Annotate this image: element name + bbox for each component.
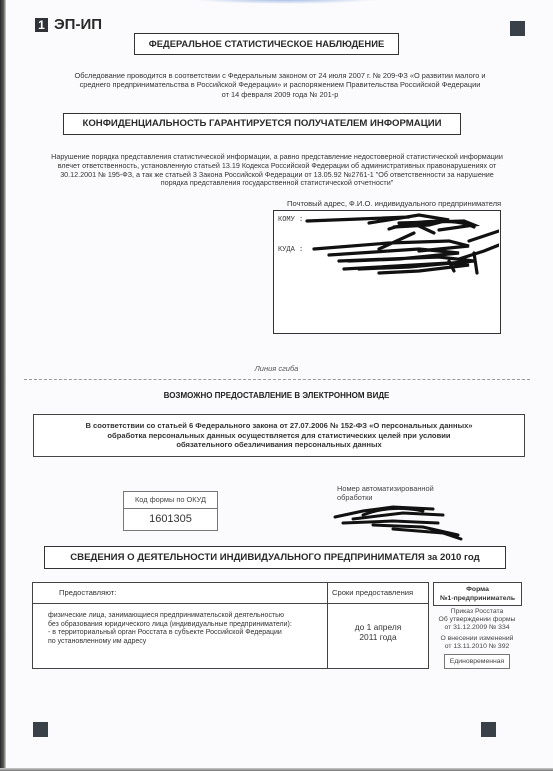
form-type-box: Форма №1-предприниматель (433, 582, 522, 606)
cell-line: физические лица, занимающиеся предприним… (48, 612, 292, 621)
document-title: ФЕДЕРАЛЬНОЕ СТАТИСТИЧЕСКОЕ НАБЛЮДЕНИЕ (134, 33, 399, 55)
redaction-scribble-icon (333, 503, 463, 543)
scan-edge-left (0, 0, 6, 771)
cell-line: до 1 апреля (328, 622, 428, 632)
order-line: Приказ Росстата (427, 608, 527, 616)
table-divider (33, 603, 428, 604)
form-code-header: 1 ЭП-ИП (35, 16, 102, 33)
legal-basis-text: Обследование проводится в соответствии с… (30, 71, 530, 99)
form-code: ЭП-ИП (54, 16, 102, 33)
label-line: Номер автоматизированной (337, 484, 434, 493)
okud-label: Код формы по ОКУД (124, 492, 217, 509)
legal-basis-line: от 14 февраля 2009 года № 201-р (30, 90, 530, 99)
redaction-scribble-icon (299, 211, 499, 281)
table-cell-submitters: физические лица, занимающиеся предприним… (48, 612, 292, 646)
form-label-line: №1-предприниматель (434, 594, 521, 603)
order-line: О внесении изменений (427, 635, 527, 643)
address-label: Почтовый адрес, Ф.И.О. индивидуального п… (287, 199, 501, 208)
frequency-box: Единовременная (444, 654, 510, 669)
section-title: СВЕДЕНИЯ О ДЕЯТЕЛЬНОСТИ ИНДИВИДУАЛЬНОГО … (44, 546, 506, 569)
warning-line: порядка представления государственной ст… (14, 179, 540, 188)
form-number-badge: 1 (35, 18, 48, 32)
legal-basis-line: среднего предпринимательства в Российско… (30, 80, 530, 89)
auto-processing-number-label: Номер автоматизированной обработки (337, 484, 434, 502)
scan-artifact (190, 0, 380, 4)
form-label-line: Форма (434, 585, 521, 594)
cell-line: - в территориальный орган Росстата в суб… (48, 629, 292, 638)
column-header-deadline: Сроки предоставления (332, 588, 413, 597)
rosstat-order: Приказ Росстата Об утверждении формы от … (427, 608, 527, 651)
legal-basis-line: Обследование проводится в соответствии с… (30, 71, 530, 80)
cell-line: без образования юридического лица (индив… (48, 621, 292, 630)
notice-line: обязательного обезличивания персональных… (34, 440, 524, 450)
notice-line: обработка персональных данных осуществля… (34, 431, 524, 441)
okud-code-box: Код формы по ОКУД 1601305 (123, 491, 218, 531)
electronic-submission-note: ВОЗМОЖНО ПРЕДОСТАВЛЕНИЕ В ЭЛЕКТРОННОМ ВИ… (0, 391, 553, 400)
cell-line: по установленному им адресу (48, 638, 292, 647)
registration-marker-top-right (510, 21, 525, 36)
order-line: от 13.11.2010 № 392 (427, 643, 527, 651)
liability-warning: Нарушение порядка представления статисти… (14, 153, 540, 188)
submission-table: Предоставляют: Сроки предоставления физи… (32, 582, 429, 669)
notice-line: В соответствии со статьей 6 Федерального… (34, 421, 524, 431)
column-header-submitters: Предоставляют: (59, 588, 116, 597)
fold-line-label: Линия сгиба (0, 364, 553, 373)
personal-data-notice: В соответствии со статьей 6 Федерального… (33, 414, 525, 457)
registration-marker-bottom-left (33, 722, 48, 737)
order-line: от 31.12.2009 № 334 (427, 624, 527, 632)
cell-line: 2011 года (328, 632, 428, 642)
address-box: КОМУ : КУДА : (273, 210, 501, 334)
registration-marker-bottom-right (481, 722, 496, 737)
order-line: Об утверждении формы (427, 616, 527, 624)
table-cell-deadline: до 1 апреля 2011 года (328, 622, 428, 642)
confidentiality-title: КОНФИДЕНЦИАЛЬНОСТЬ ГАРАНТИРУЕТСЯ ПОЛУЧАТ… (63, 113, 461, 135)
fold-line (24, 379, 530, 380)
okud-value: 1601305 (124, 509, 217, 530)
label-line: обработки (337, 493, 434, 502)
